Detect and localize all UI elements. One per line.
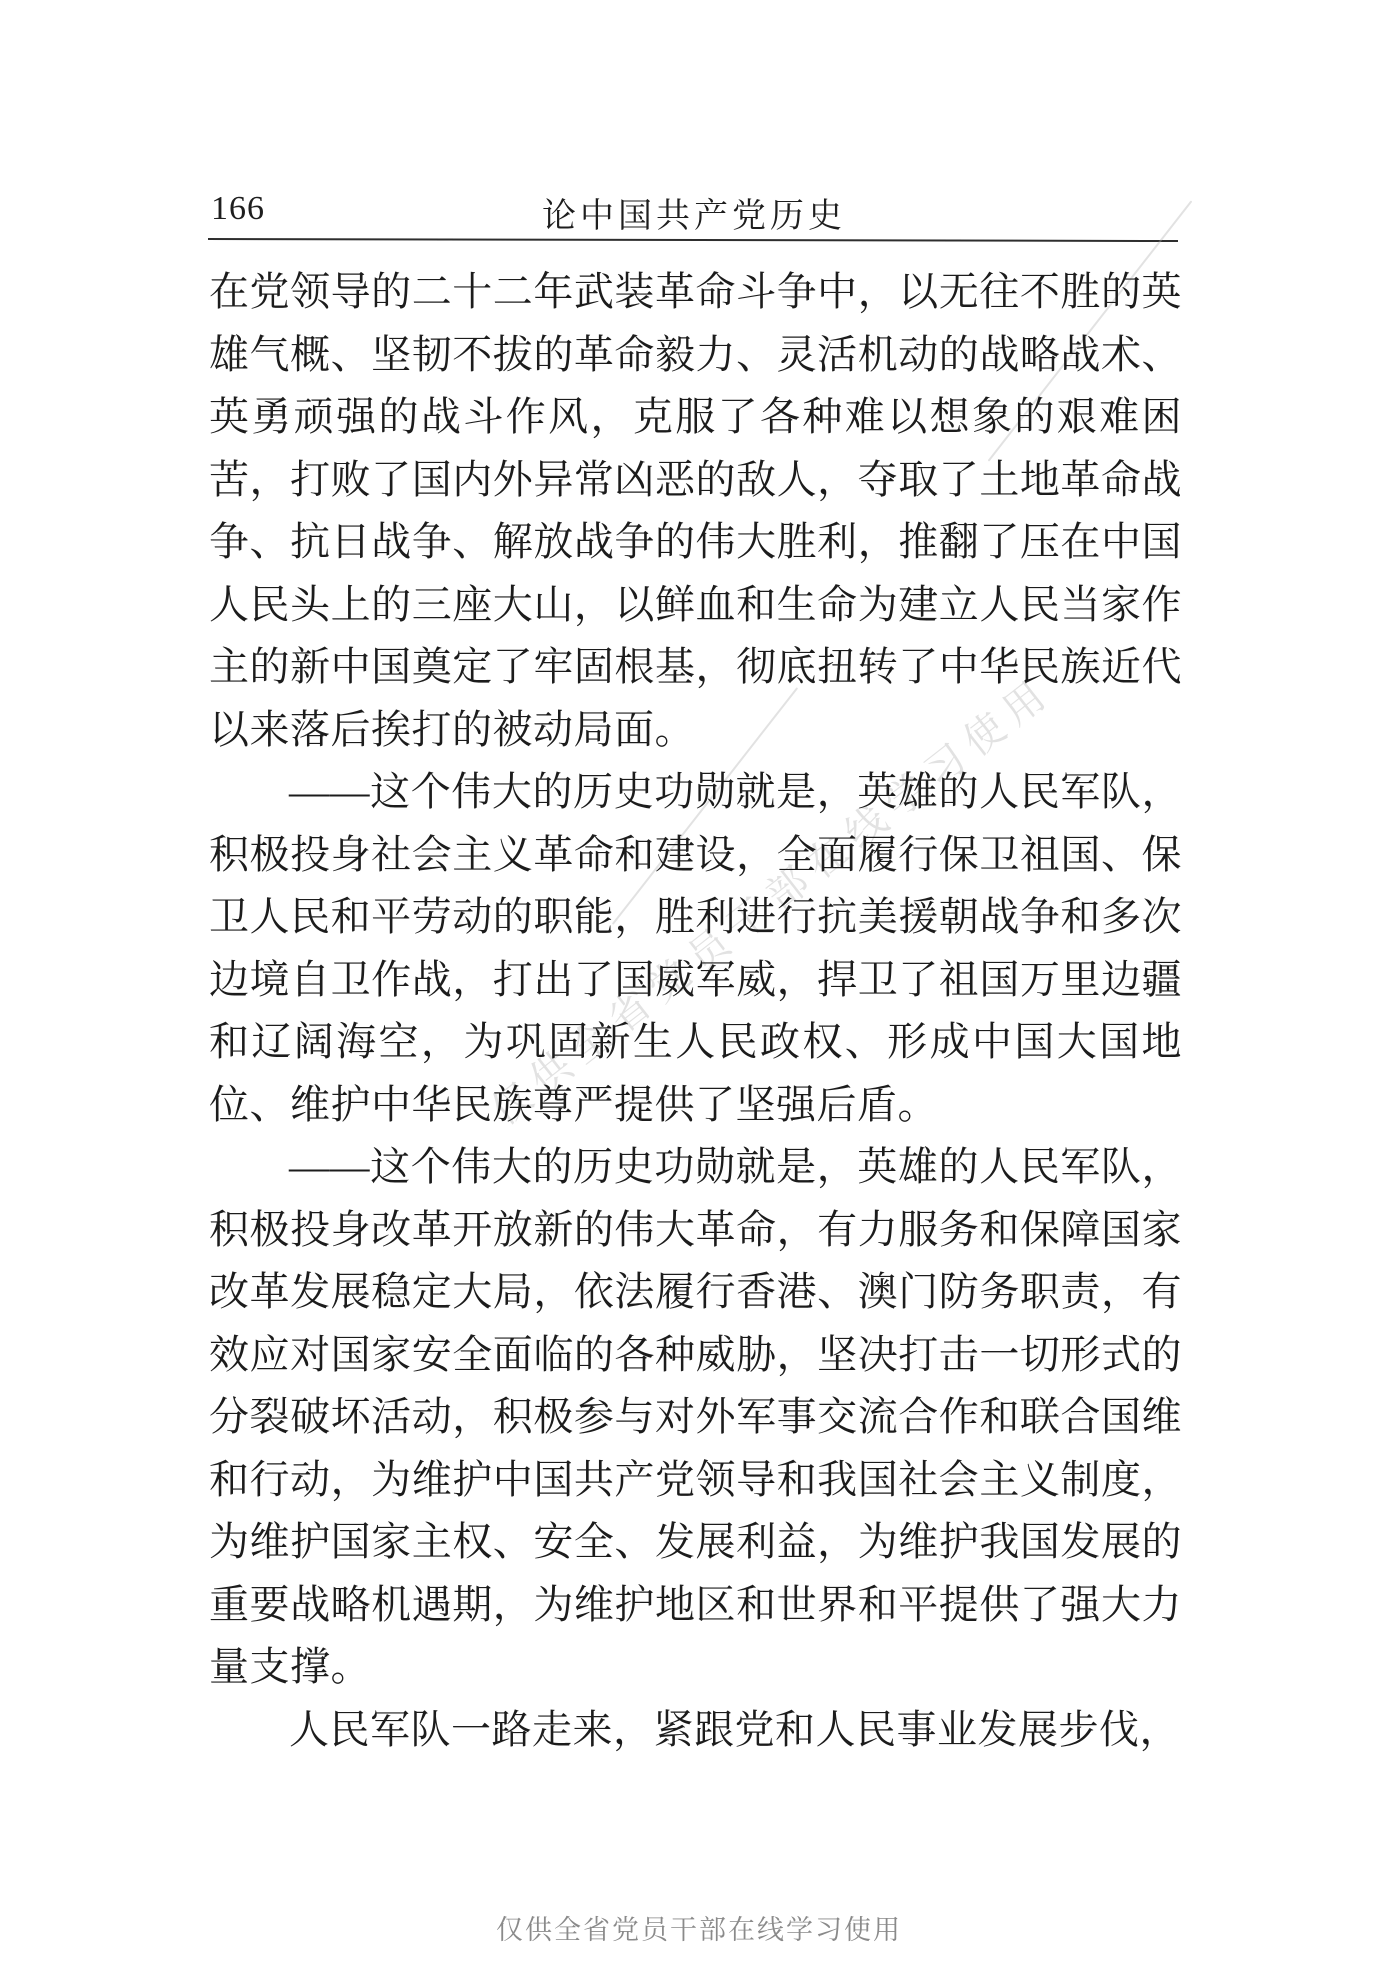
paragraph: 在党领导的二十二年武装革命斗争中，以无往不胜的英雄气概、坚韧不拔的革命毅力、灵活… [209, 261, 1182, 761]
paragraph: 人民军队一路走来，紧跟党和人民事业发展步伐， [209, 1699, 1182, 1762]
footer-note: 仅供全省党员干部在线学习使用 [496, 1915, 902, 1945]
header-rule [208, 238, 1178, 242]
paragraph: ——这个伟大的历史功勋就是，英雄的人民军队，积极投身改革开放新的伟大革命，有力服… [209, 1136, 1182, 1699]
page-header: 166 论中国共产党历史 [209, 188, 1179, 232]
running-title: 论中国共产党历史 [209, 188, 1179, 237]
body-text: 在党领导的二十二年武装革命斗争中，以无往不胜的英雄气概、坚韧不拔的革命毅力、灵活… [209, 261, 1182, 1761]
book-page: 166 论中国共产党历史 仅供全省党员干部在线学习使用 在党领导的二十二年武装革… [0, 0, 1398, 1965]
paragraph: ——这个伟大的历史功勋就是，英雄的人民军队，积极投身社会主义革命和建设，全面履行… [209, 761, 1182, 1136]
page-footer: 仅供全省党员干部在线学习使用 [0, 1908, 1398, 1947]
